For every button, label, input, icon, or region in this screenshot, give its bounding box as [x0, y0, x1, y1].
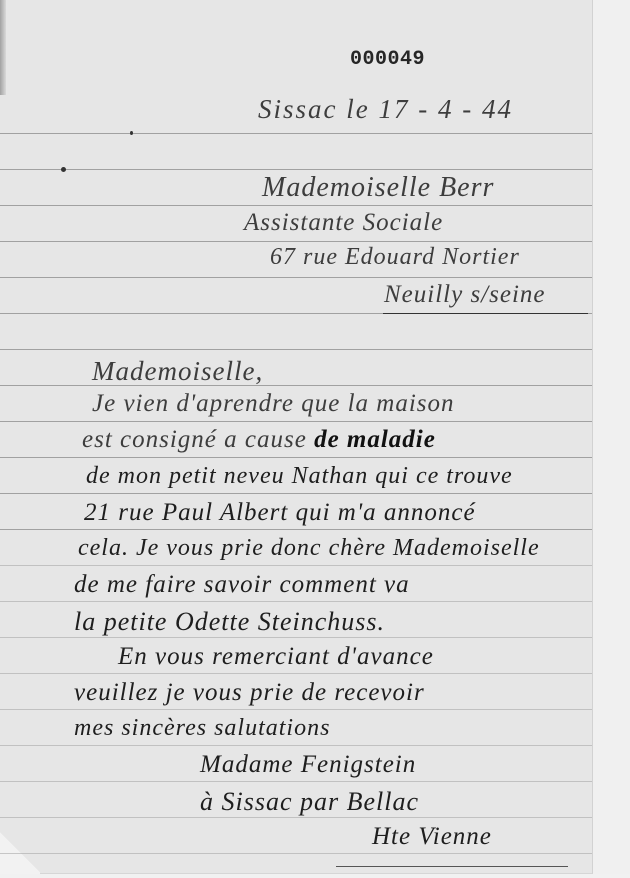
body-line: Je vien d'aprendre que la maison	[92, 390, 455, 418]
ruled-line	[0, 133, 592, 134]
body-line: 21 rue Paul Albert qui m'a annoncé	[84, 499, 476, 527]
ruled-line	[0, 853, 592, 854]
body-line-emphasis: de maladie	[314, 426, 436, 453]
ruled-line	[0, 421, 592, 422]
ink-spot	[61, 167, 66, 172]
folded-corner	[0, 830, 40, 874]
ruled-line	[0, 637, 592, 638]
ruled-line	[0, 565, 592, 566]
ruled-line	[0, 385, 592, 386]
recipient-street: 67 rue Edouard Nortier	[270, 244, 520, 271]
body-line: est consigné a cause de maladie	[82, 426, 436, 454]
body-line: cela. Je vous prie donc chère Mademoisel…	[78, 535, 540, 562]
signature-region: Hte Vienne	[372, 823, 492, 851]
ruled-line	[0, 601, 592, 602]
recipient-title: Assistante Sociale	[244, 209, 443, 237]
ruled-line	[0, 709, 592, 710]
paper-edge-shadow	[0, 0, 6, 95]
body-line: de me faire savoir comment va	[74, 571, 410, 599]
body-line: mes sincères salutations	[74, 715, 330, 742]
ruled-line	[0, 457, 592, 458]
signature-address: à Sissac par Bellac	[200, 787, 419, 817]
ruled-line	[0, 277, 592, 278]
reference-number: 000049	[350, 48, 425, 71]
ruled-line	[0, 205, 592, 206]
city-underline	[383, 313, 588, 314]
ruled-line	[0, 169, 592, 170]
scan-margin-bottom	[0, 874, 630, 878]
ruled-line	[0, 817, 592, 818]
ruled-line	[0, 241, 592, 242]
recipient-city: Neuilly s/seine	[384, 281, 546, 309]
ruled-line	[0, 349, 592, 350]
signature-name: Madame Fenigstein	[200, 751, 416, 779]
ruled-line	[0, 529, 592, 530]
salutation: Mademoiselle,	[92, 356, 263, 387]
scan-margin-right	[593, 0, 630, 878]
body-line: de mon petit neveu Nathan qui ce trouve	[86, 463, 513, 490]
ruled-line	[0, 493, 592, 494]
place-date: Sissac le 17 - 4 - 44	[258, 94, 513, 125]
ruled-line	[0, 781, 592, 782]
ruled-line	[0, 745, 592, 746]
ink-spot	[130, 131, 133, 135]
ruled-line	[0, 673, 592, 674]
body-line: veuillez je vous prie de recevoir	[74, 679, 425, 707]
body-line: la petite Odette Steinchuss.	[74, 607, 385, 637]
recipient-name: Mademoiselle Berr	[262, 172, 494, 204]
closing-rule	[336, 866, 568, 867]
body-line-text: est consigné a cause	[82, 426, 314, 453]
body-line: En vous remerciant d'avance	[118, 643, 434, 671]
